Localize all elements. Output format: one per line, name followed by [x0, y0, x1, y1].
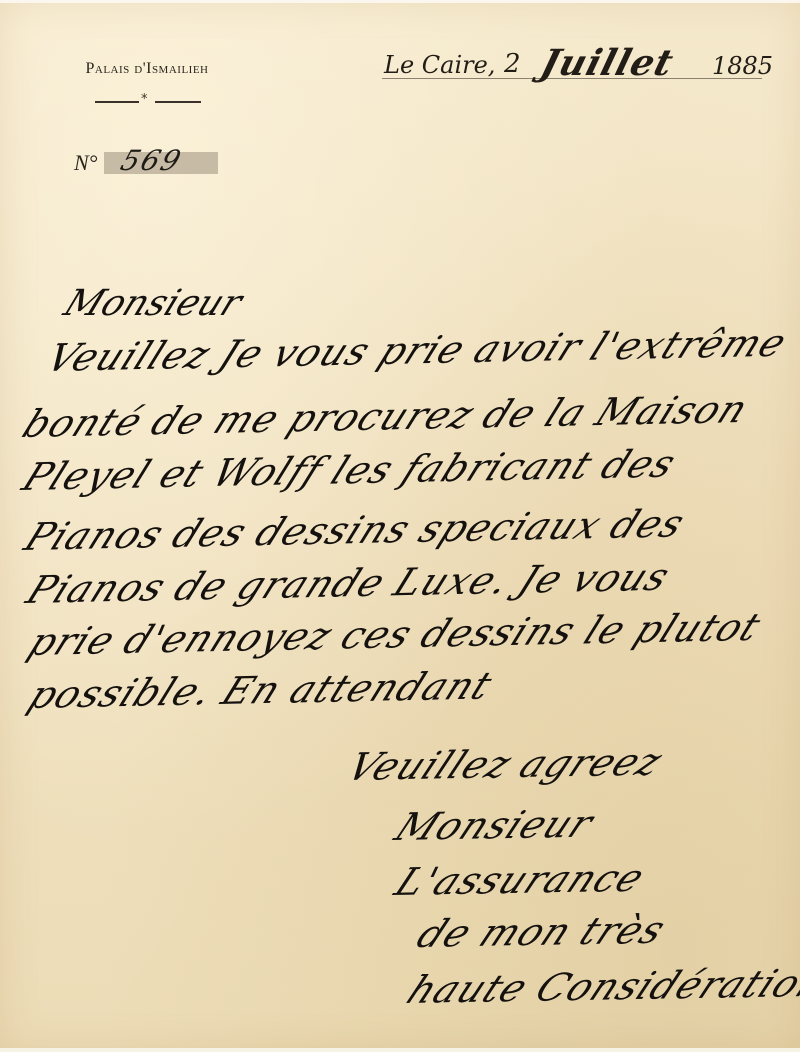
dateline: Le Caire, 2 Juillet 1885 [382, 48, 772, 82]
closing-line: de mon très [410, 908, 673, 956]
date-month: Juillet [536, 42, 678, 84]
body-line: Pleyel et Wolff les fabricant des [16, 442, 683, 499]
paper-edge-bottom [0, 1048, 800, 1052]
date-place: Le Caire, [384, 51, 495, 79]
asterisk-ornament-icon: * [141, 92, 148, 107]
letterhead-ornament: * [95, 95, 201, 109]
body-line: bonté de me procurez de la Maison [16, 387, 755, 446]
body-line: possible. En attendant [22, 663, 499, 717]
date-day: 2 [504, 49, 521, 79]
ornament-rule-left [95, 101, 139, 103]
closing-line: Veuillez agreez [340, 740, 670, 789]
ornament-rule-right [155, 101, 201, 103]
body-line: prie d'ennoyez ces dessins le plutot [22, 605, 768, 664]
closing-line: haute Considération [400, 961, 800, 1012]
date-year: 1885 [712, 52, 773, 80]
closing-line: L'assurance [388, 856, 653, 904]
body-line: Veuillez Je vous prie avoir l'extrême [40, 321, 794, 380]
body-line: Pianos des dessins speciaux des [18, 501, 692, 559]
body-line: Pianos de grande Luxe. Je vous [20, 555, 677, 612]
number-label: N° [74, 150, 97, 176]
paper-edge-top [0, 0, 800, 3]
closing-line: Monsieur [388, 802, 601, 849]
salutation: Monsieur [58, 283, 248, 324]
letterhead-title: Palais d'Ismailieh [52, 60, 242, 78]
letter-page: Palais d'Ismailieh * N° 569 Le Caire, 2 … [0, 0, 800, 1052]
letter-number: 569 [117, 144, 187, 177]
